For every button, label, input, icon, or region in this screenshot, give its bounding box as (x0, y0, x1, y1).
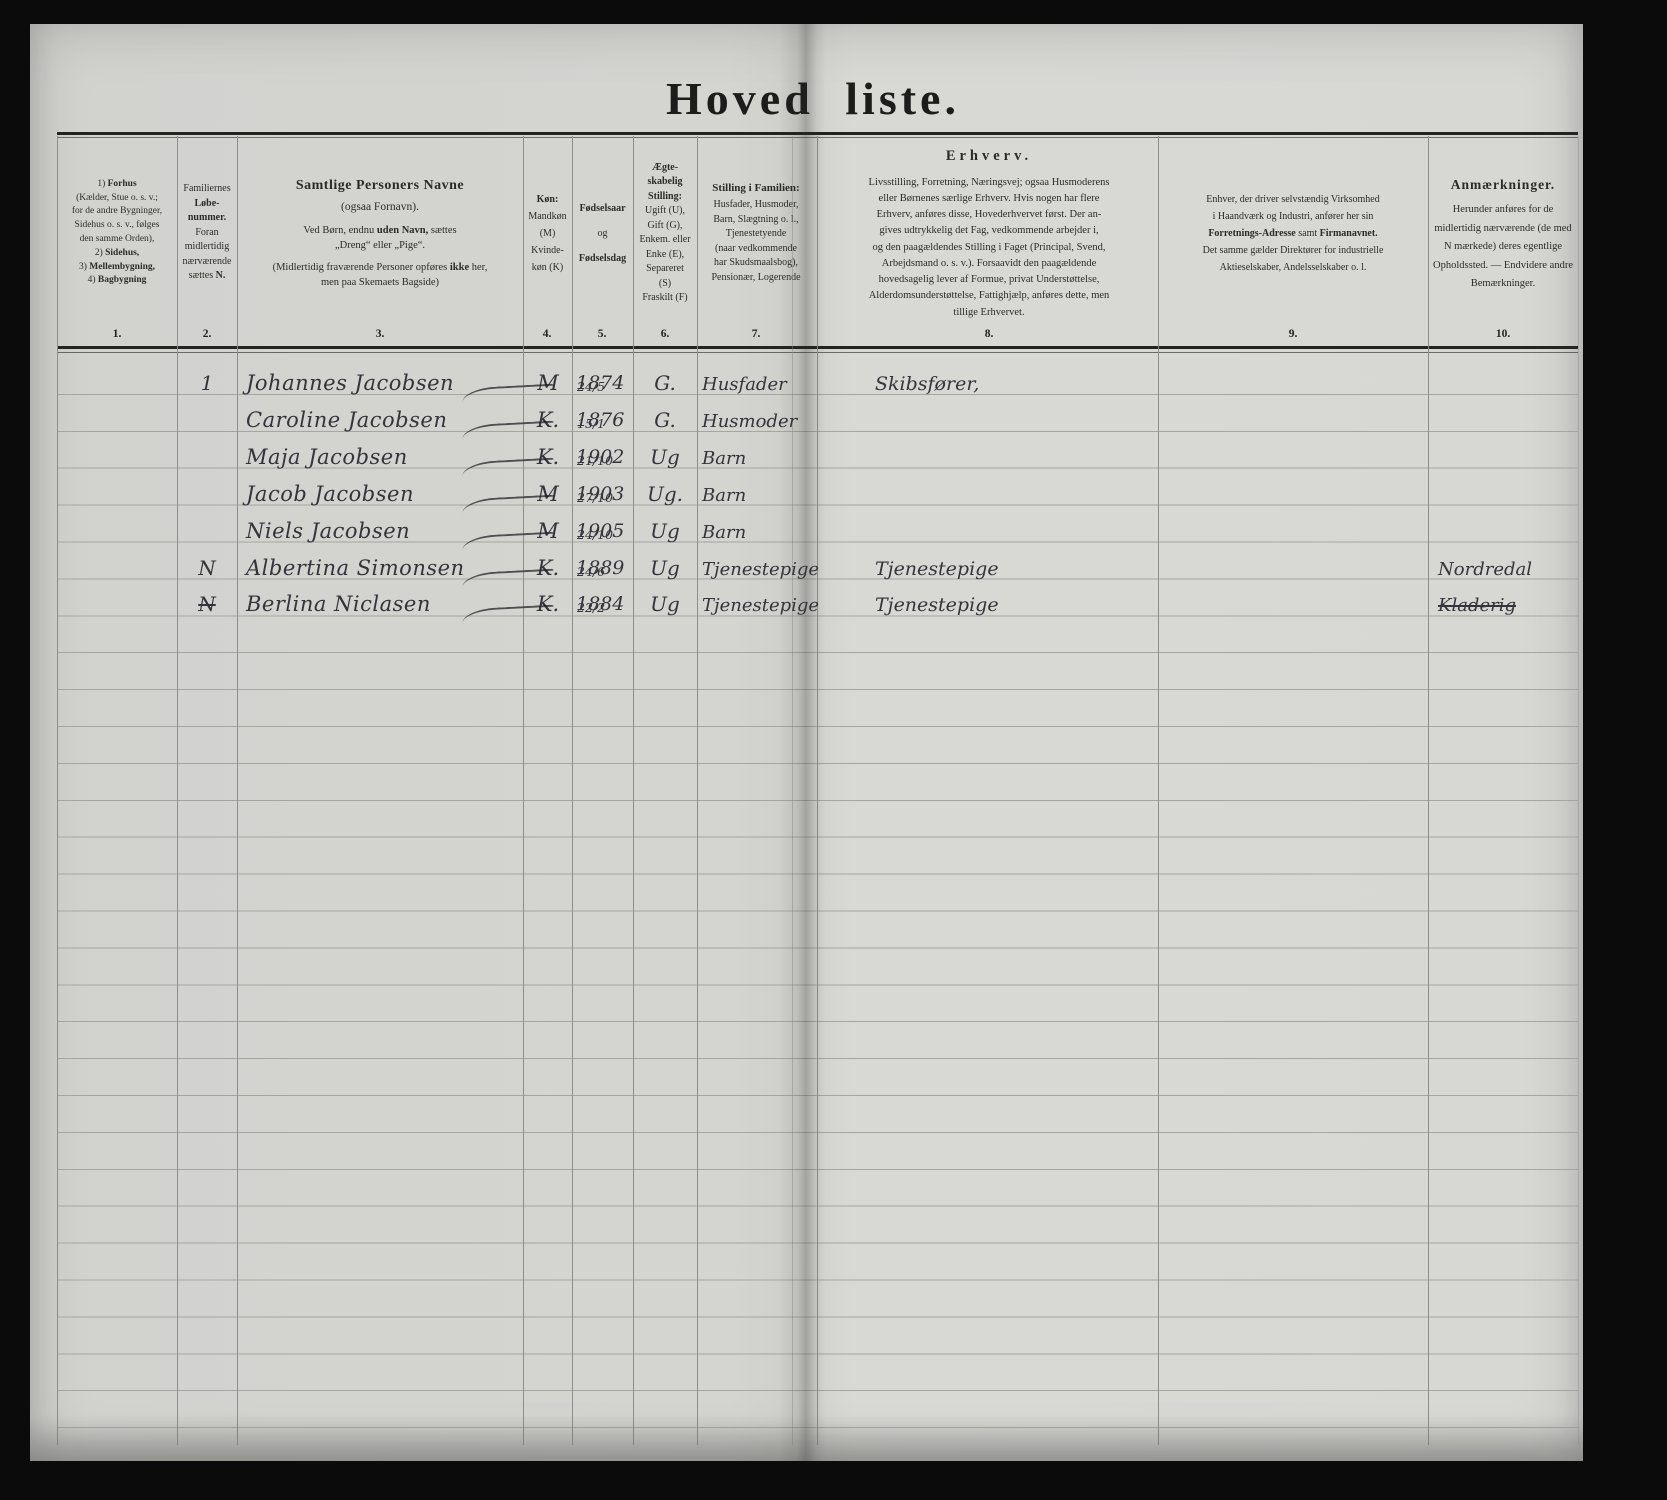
family-position: Barn (702, 485, 822, 506)
grid-line-page-fold-right (817, 136, 818, 1445)
marital-status: G. (638, 371, 692, 395)
census-row: N Albertina Simonsen K. 188924/6 Ug Tjen… (30, 547, 1583, 581)
column-header-anmaerkninger: Anmærkninger.Herunder anføres for demidl… (1428, 142, 1578, 324)
page-title: Hoved liste. (513, 72, 1113, 125)
grid-line-6-7 (697, 136, 698, 1445)
family-position: Tjenestepige (702, 559, 822, 580)
grid-line-page-fold-left (792, 136, 793, 1445)
column-header-forhus: 1) Forhus(Kælder, Stue o. s. v.;for de a… (57, 142, 177, 324)
column-header-stilling: Stilling i Familien:Husfader, Husmoder,B… (697, 142, 815, 324)
grid-line-1-2 (177, 136, 178, 1445)
grid-line-9-10 (1428, 136, 1429, 1445)
grid-line-4-5 (572, 136, 573, 1445)
column-number-6: 6. (635, 328, 695, 340)
census-row: N Berlina Niclasen K. 188422/2 Ug Tjenes… (30, 583, 1583, 617)
scanned-census-page: { "title": "Hoved liste.", "colors": { "… (0, 0, 1667, 1500)
paper-sheet: Hoved liste. 1) Forhus(Kælder, Stue o. s… (30, 24, 1583, 1461)
family-number: 1 (177, 371, 237, 395)
remark: Nordredal (1438, 559, 1583, 580)
column-number-5: 5. (572, 328, 632, 340)
marital-status: Ug (638, 445, 692, 469)
column-header-lobenummer: FamiliernesLøbe-nummer.Foranmidlertidign… (177, 142, 237, 324)
grid-line-left-edge (57, 136, 58, 1445)
census-row: Caroline Jacobsen K. 187615/1 G. Husmode… (30, 399, 1583, 433)
title-rule (57, 132, 1578, 135)
column-number-2: 2. (177, 328, 237, 340)
column-header-fodselsaar: FødselsaarogFødselsdag (572, 142, 633, 324)
occupation: Tjenestepige (875, 558, 1105, 580)
column-number-1: 1. (87, 328, 147, 340)
occupation: Tjenestepige (875, 594, 1105, 616)
census-row: Jacob Jacobsen M 190327/10 Ug. Barn (30, 473, 1583, 507)
column-header-erhverv: Erhverv.Livsstilling, Forretning, Næring… (820, 142, 1158, 324)
marital-status: Ug (638, 556, 692, 580)
census-row: Maja Jacobsen K. 190221/10 Ug Barn (30, 436, 1583, 470)
family-position: Husfader (702, 374, 822, 395)
occupation: Skibsfører, (875, 373, 1105, 395)
marital-status: G. (638, 408, 692, 432)
census-row: Niels Jacobsen M 190524/10 Ug Barn (30, 510, 1583, 544)
column-header-kon: Køn:Mandkøn(M)Kvinde-køn (K) (523, 142, 572, 324)
remark-struck: Kladerig (1438, 595, 1583, 616)
grid-line-2-3 (237, 136, 238, 1445)
grid-line-right-edge (1578, 136, 1579, 1445)
family-position: Husmoder (702, 411, 822, 432)
column-header-navne: Samtlige Personers Navne(ogsaa Fornavn).… (237, 142, 523, 324)
column-number-3: 3. (350, 328, 410, 340)
column-number-8: 8. (959, 328, 1019, 340)
marital-status: Ug (638, 592, 692, 616)
census-row: 1 Johannes Jacobsen M 187424/5 G. Husfad… (30, 362, 1583, 396)
column-number-9: 9. (1263, 328, 1323, 340)
column-header-firmaadresse: Enhver, der driver selvstændig Virksomhe… (1158, 142, 1428, 324)
grid-line-8-9 (1158, 136, 1159, 1445)
column-header-aegteskabelig: Ægte-skabeligStilling:Ugift (U),Gift (G)… (633, 142, 697, 324)
column-number-7: 7. (726, 328, 786, 340)
family-position: Tjenestepige (702, 595, 822, 616)
marital-status: Ug (638, 519, 692, 543)
family-position: Barn (702, 448, 822, 469)
family-number-n-mark: N (177, 556, 237, 580)
family-position: Barn (702, 522, 822, 543)
column-number-4: 4. (517, 328, 577, 340)
grid-line-5-6 (633, 136, 634, 1445)
column-number-10: 10. (1473, 328, 1533, 340)
marital-status: Ug. (638, 482, 692, 506)
family-number-n-struck: N (177, 592, 237, 616)
grid-line-3-4 (523, 136, 524, 1445)
